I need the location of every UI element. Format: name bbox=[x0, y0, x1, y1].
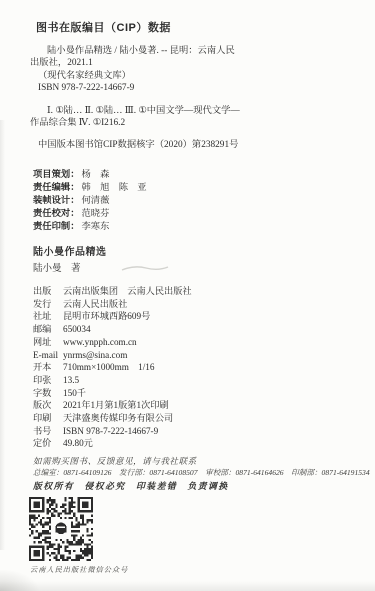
publication-label: E-mail bbox=[33, 349, 63, 362]
copyright-rights-notice: 版权所有 侵权必究 印装差错 负责调换 bbox=[33, 479, 229, 492]
staff-name: 韩 旭 陈 亚 bbox=[82, 182, 147, 192]
publication-label: 书号 bbox=[33, 425, 63, 438]
staff-name: 范晓芬 bbox=[82, 208, 110, 218]
isbn-line: ISBN 978-7-222-14667-9 bbox=[30, 82, 340, 94]
publication-value: www.ynpph.com.cn bbox=[63, 336, 137, 349]
staff-row: 责任校对：范晓芬 bbox=[33, 207, 147, 220]
publication-label: 定价 bbox=[33, 437, 63, 450]
publication-row: 开本710mm×1000mm 1/16 bbox=[33, 361, 192, 374]
qr-code bbox=[29, 497, 93, 561]
publication-label: 邮编 bbox=[33, 323, 63, 336]
scan-edge-bottom bbox=[0, 581, 375, 591]
staff-row: 责任编辑：韩 旭 陈 亚 bbox=[33, 181, 147, 194]
classification-line: Ⅰ. ①陆… Ⅱ. ①陆… Ⅲ. ①中国文学—现代文学— bbox=[30, 105, 350, 117]
qr-caption: 云南人民出版社微信公众号 bbox=[30, 565, 128, 575]
staff-name: 杨 森 bbox=[82, 169, 110, 179]
publication-label: 开本 bbox=[33, 361, 63, 374]
qr-code-svg bbox=[29, 497, 93, 561]
publication-row: 发行云南人民出版社 bbox=[33, 298, 192, 311]
book-title: 陆小曼作品精选 bbox=[33, 243, 107, 258]
publication-value: 13.5 bbox=[63, 374, 79, 387]
publication-label: 网址 bbox=[33, 336, 63, 349]
publication-row: 定价49.80元 bbox=[33, 437, 192, 450]
publication-value: 云南人民出版社 bbox=[63, 298, 127, 311]
publication-row: 书号ISBN 978-7-222-14667-9 bbox=[33, 425, 192, 438]
publication-value: 49.80元 bbox=[63, 437, 93, 450]
staff-role: 责任校对： bbox=[33, 208, 80, 218]
classification-line: 作品综合集 Ⅳ. ①I216.2 bbox=[30, 117, 350, 129]
publication-row: 邮编650034 bbox=[33, 323, 192, 336]
cip-record-line: 出版社，2021.1 bbox=[30, 57, 340, 69]
cip-record-number: 中国版本图书馆CIP数据核字（2020）第238291号 bbox=[38, 136, 238, 150]
publication-row: 印张13.5 bbox=[33, 374, 192, 387]
publication-value: 710mm×1000mm 1/16 bbox=[63, 361, 154, 374]
staff-role: 责任印制： bbox=[33, 221, 80, 231]
publication-table: 出版云南出版集团 云南人民出版社 发行云南人民出版社 社址昆明市环城西路609号… bbox=[33, 285, 192, 450]
book-author: 陆小曼 著 bbox=[33, 260, 81, 274]
publication-row: 印刷天津盛奥传媒印务有限公司 bbox=[33, 412, 192, 425]
staff-name: 何清薇 bbox=[82, 195, 110, 205]
copyright-page: 图书在版编目（CIP）数据 陆小曼作品精选 / 陆小曼著. -- 昆明：云南人民… bbox=[0, 0, 375, 591]
publication-value: 昆明市环城西路609号 bbox=[63, 310, 150, 323]
publication-value: 650034 bbox=[63, 323, 91, 336]
staff-name: 李寒东 bbox=[82, 221, 110, 231]
staff-credits: 项目策划：杨 森 责任编辑：韩 旭 陈 亚 装帧设计：何清薇 责任校对：范晓芬 … bbox=[33, 168, 147, 233]
publication-value: 2021年1月第1版第1次印刷 bbox=[63, 399, 169, 412]
publication-value: 150千 bbox=[63, 387, 86, 400]
publication-value: ISBN 978-7-222-14667-9 bbox=[63, 425, 158, 438]
staff-role: 责任编辑： bbox=[33, 182, 80, 192]
publication-row: 网址www.ynpph.com.cn bbox=[33, 336, 192, 349]
publication-row: E-mailynrms@sina.com bbox=[33, 349, 192, 362]
publication-row: 出版云南出版集团 云南人民出版社 bbox=[33, 285, 192, 298]
cip-record: 陆小曼作品精选 / 陆小曼著. -- 昆明：云南人民 出版社，2021.1 （现… bbox=[30, 45, 340, 95]
publication-label: 字数 bbox=[33, 387, 63, 400]
publication-value: 云南出版集团 云南人民出版社 bbox=[63, 285, 192, 298]
publication-value: ynrms@sina.com bbox=[63, 349, 127, 362]
department-phone-numbers: 总编室：0871-64109126 发行部：0871-64108507 审校部：… bbox=[33, 467, 370, 478]
publication-row: 版次2021年1月第1版第1次印刷 bbox=[33, 399, 192, 412]
publication-row: 社址昆明市环城西路609号 bbox=[33, 310, 192, 323]
publication-label: 印张 bbox=[33, 374, 63, 387]
publication-label: 印刷 bbox=[33, 412, 63, 425]
publication-value: 天津盛奥传媒印务有限公司 bbox=[63, 412, 173, 425]
staff-role: 装帧设计： bbox=[33, 195, 80, 205]
pencil-scan-mark bbox=[120, 262, 170, 274]
staff-row: 责任印制：李寒东 bbox=[33, 220, 147, 233]
publication-label: 社址 bbox=[33, 310, 63, 323]
scan-edge-left bbox=[0, 120, 5, 550]
publication-label: 发行 bbox=[33, 298, 63, 311]
staff-role: 项目策划： bbox=[33, 169, 80, 179]
publication-row: 字数150千 bbox=[33, 387, 192, 400]
purchase-contact-notice: 如需购买图书、反馈意见，请与我社联系 bbox=[33, 455, 197, 467]
cip-classification: Ⅰ. ①陆… Ⅱ. ①陆… Ⅲ. ①中国文学—现代文学— 作品综合集 Ⅳ. ①I… bbox=[30, 105, 350, 130]
cip-header: 图书在版编目（CIP）数据 bbox=[36, 19, 171, 35]
publication-label: 出版 bbox=[33, 285, 63, 298]
publication-label: 版次 bbox=[33, 399, 63, 412]
series-title: （现代名家经典文库） bbox=[30, 70, 340, 82]
cip-record-line: 陆小曼作品精选 / 陆小曼著. -- 昆明：云南人民 bbox=[30, 45, 340, 57]
staff-row: 装帧设计：何清薇 bbox=[33, 194, 147, 207]
staff-row: 项目策划：杨 森 bbox=[33, 168, 147, 181]
